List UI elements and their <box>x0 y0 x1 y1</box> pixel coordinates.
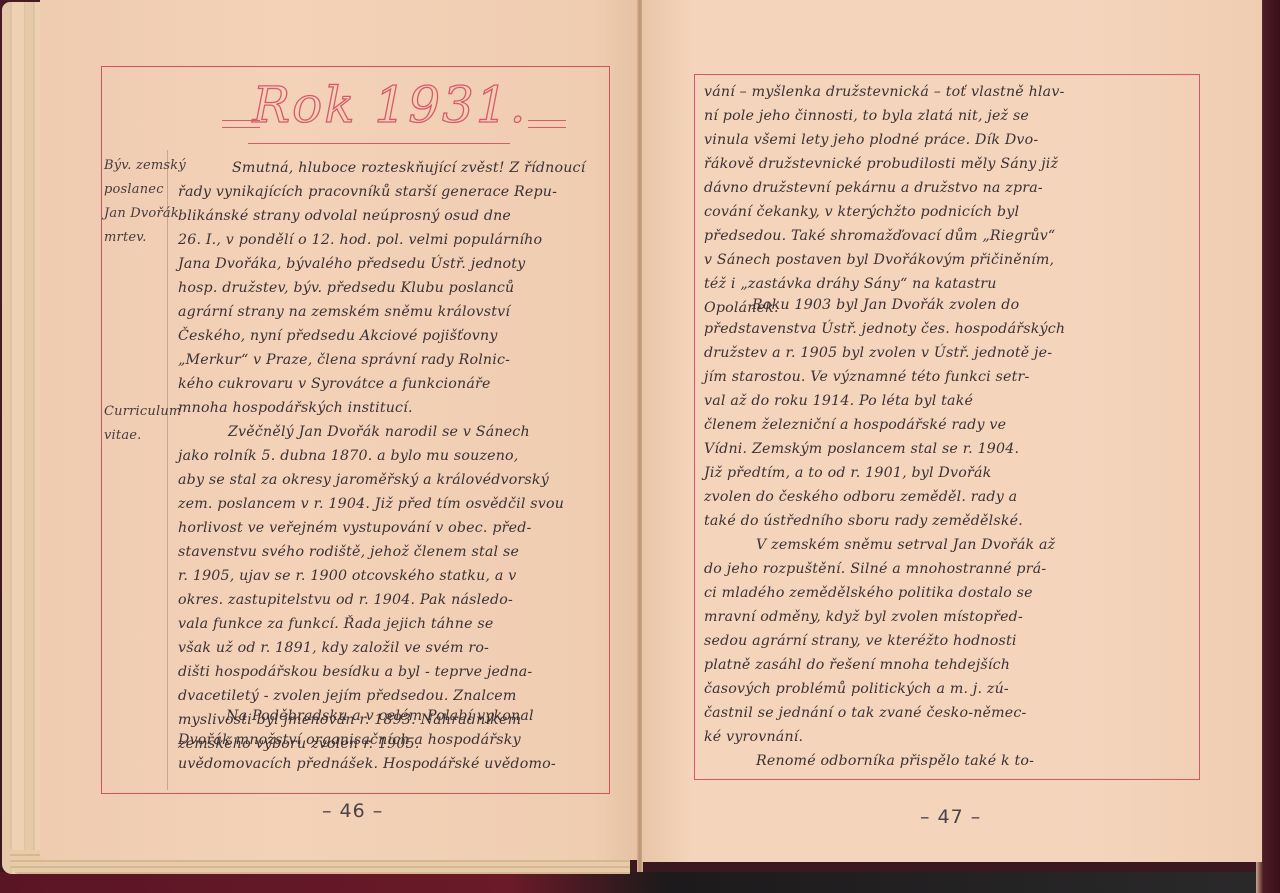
table-surface <box>0 872 1280 893</box>
title-underline <box>248 143 510 144</box>
title-dash-right <box>528 120 566 128</box>
page-number-right: – 47 – <box>920 806 981 828</box>
left-margin-rule <box>167 150 168 790</box>
page-title: Rok 1931. <box>215 76 565 138</box>
page-number-left: – 46 – <box>322 800 383 822</box>
